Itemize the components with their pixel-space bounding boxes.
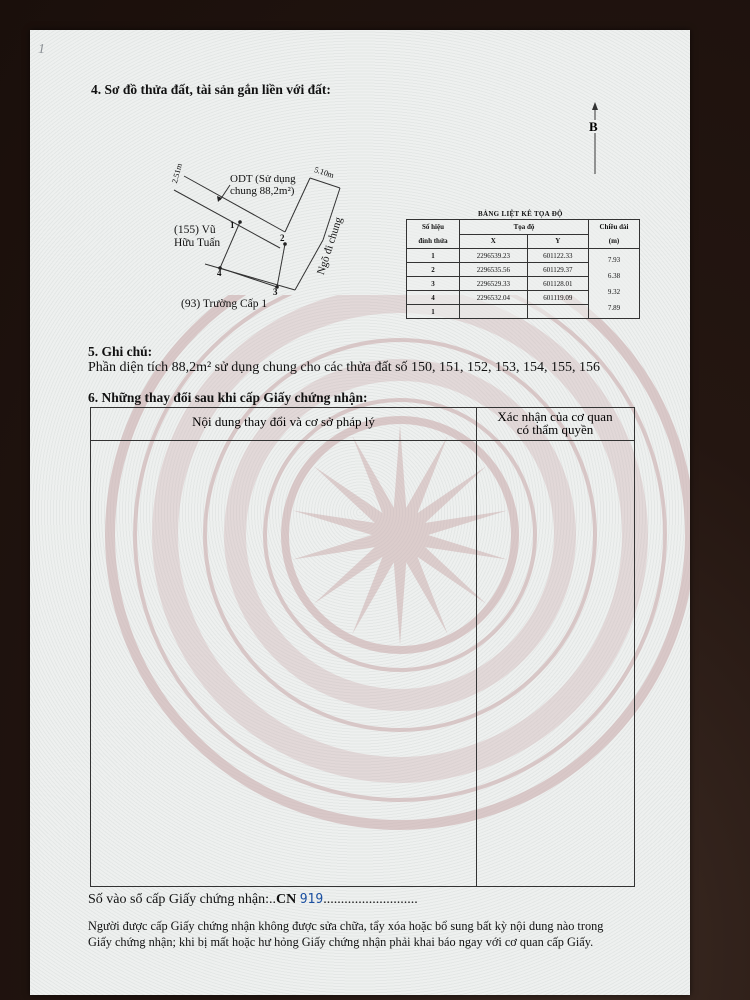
notice-line2: Giấy chứng nhận; khi bị mất hoặc hư hỏng… <box>88 934 603 950</box>
neighbor-south: (93) Trường Cấp 1 <box>181 298 267 310</box>
changes-col1-header: Nội dung thay đổi và cơ sở pháp lý <box>91 414 476 430</box>
cell-x <box>460 305 528 319</box>
length-1-2: 7.93 <box>592 252 636 268</box>
neighbor-west-line1: (155) Vũ <box>174 224 220 237</box>
cell-x: 2296539.23 <box>460 249 528 263</box>
notice: Người được cấp Giấy chứng nhận không đượ… <box>88 918 603 950</box>
section5-title: 5. Ghi chú: <box>88 344 152 360</box>
neighbor-west: (155) Vũ Hữu Tuấn <box>174 224 220 250</box>
cell-point: 3 <box>407 277 460 291</box>
cell-x: 2296529.33 <box>460 277 528 291</box>
table-row: 1 2296539.23 601122.33 7.93 6.38 9.32 7.… <box>407 249 640 263</box>
registry-line: Số vào sổ cấp Giấy chứng nhận:..CN 919..… <box>88 892 418 908</box>
cell-y: 601119.09 <box>527 291 588 305</box>
lengths-cell: 7.93 6.38 9.32 7.89 <box>589 249 640 319</box>
section4-title: 4. Sơ đồ thửa đất, tài sản gắn liền với … <box>91 82 331 98</box>
header-point: Số hiệuđỉnh thửa <box>407 220 460 249</box>
header-divider <box>91 440 634 441</box>
cell-y: 601129.37 <box>527 263 588 277</box>
odt-label-line1: ODT (Sử dụng <box>230 173 296 185</box>
vertex-4: 4 <box>217 268 222 278</box>
col2-header-line2: có thẩm quyền <box>476 423 634 436</box>
registry-label: Số vào sổ cấp Giấy chứng nhận:.. <box>88 892 276 907</box>
coord-table: Số hiệuđỉnh thửa Tọa độ Chiều dài(m) X Y… <box>406 219 640 319</box>
cell-point: 4 <box>407 291 460 305</box>
changes-col2-header: Xác nhận của cơ quan có thẩm quyền <box>476 410 634 436</box>
vertex-3: 3 <box>273 287 278 297</box>
north-label: B <box>589 120 598 133</box>
coord-table-title: BẢNG LIỆT KÊ TỌA ĐỘ <box>478 210 563 218</box>
changes-table: Nội dung thay đổi và cơ sở pháp lý Xác n… <box>90 407 635 887</box>
length-3-4: 9.32 <box>592 284 636 300</box>
neighbor-west-line2: Hữu Tuấn <box>174 237 220 250</box>
cell-y <box>527 305 588 319</box>
registry-prefix: CN <box>276 892 296 907</box>
vertex-1: 1 <box>230 220 235 230</box>
cell-point: 1 <box>407 249 460 263</box>
header-length: Chiều dài(m) <box>589 220 640 249</box>
length-4-1: 7.89 <box>592 300 636 316</box>
cell-x: 2296535.56 <box>460 263 528 277</box>
header-x: X <box>460 234 528 249</box>
registry-number: 919 <box>300 892 323 907</box>
vertex-2: 2 <box>280 233 285 243</box>
cell-y: 601128.01 <box>527 277 588 291</box>
odt-label: ODT (Sử dụng chung 88,2m²) <box>230 173 296 197</box>
registry-dots: ........................... <box>323 892 418 907</box>
column-divider <box>476 408 477 886</box>
odt-label-line2: chung 88,2m²) <box>230 185 296 197</box>
length-2-3: 6.38 <box>592 268 636 284</box>
notice-line1: Người được cấp Giấy chứng nhận không đượ… <box>88 918 603 934</box>
section6-title: 6. Những thay đổi sau khi cấp Giấy chứng… <box>88 390 368 406</box>
page-number: 1 <box>38 42 45 58</box>
north-arrow-icon <box>587 102 603 174</box>
cell-y: 601122.33 <box>527 249 588 263</box>
certificate-page: 1 4. Sơ đồ thửa đất, tài sản gắn liền vớ… <box>30 30 690 995</box>
section5-note: Phần diện tích 88,2m² sử dụng chung cho … <box>88 360 600 376</box>
header-y: Y <box>527 234 588 249</box>
cell-point: 2 <box>407 263 460 277</box>
cell-x: 2296532.04 <box>460 291 528 305</box>
cell-point: 1 <box>407 305 460 319</box>
header-coord: Tọa độ <box>460 220 589 235</box>
